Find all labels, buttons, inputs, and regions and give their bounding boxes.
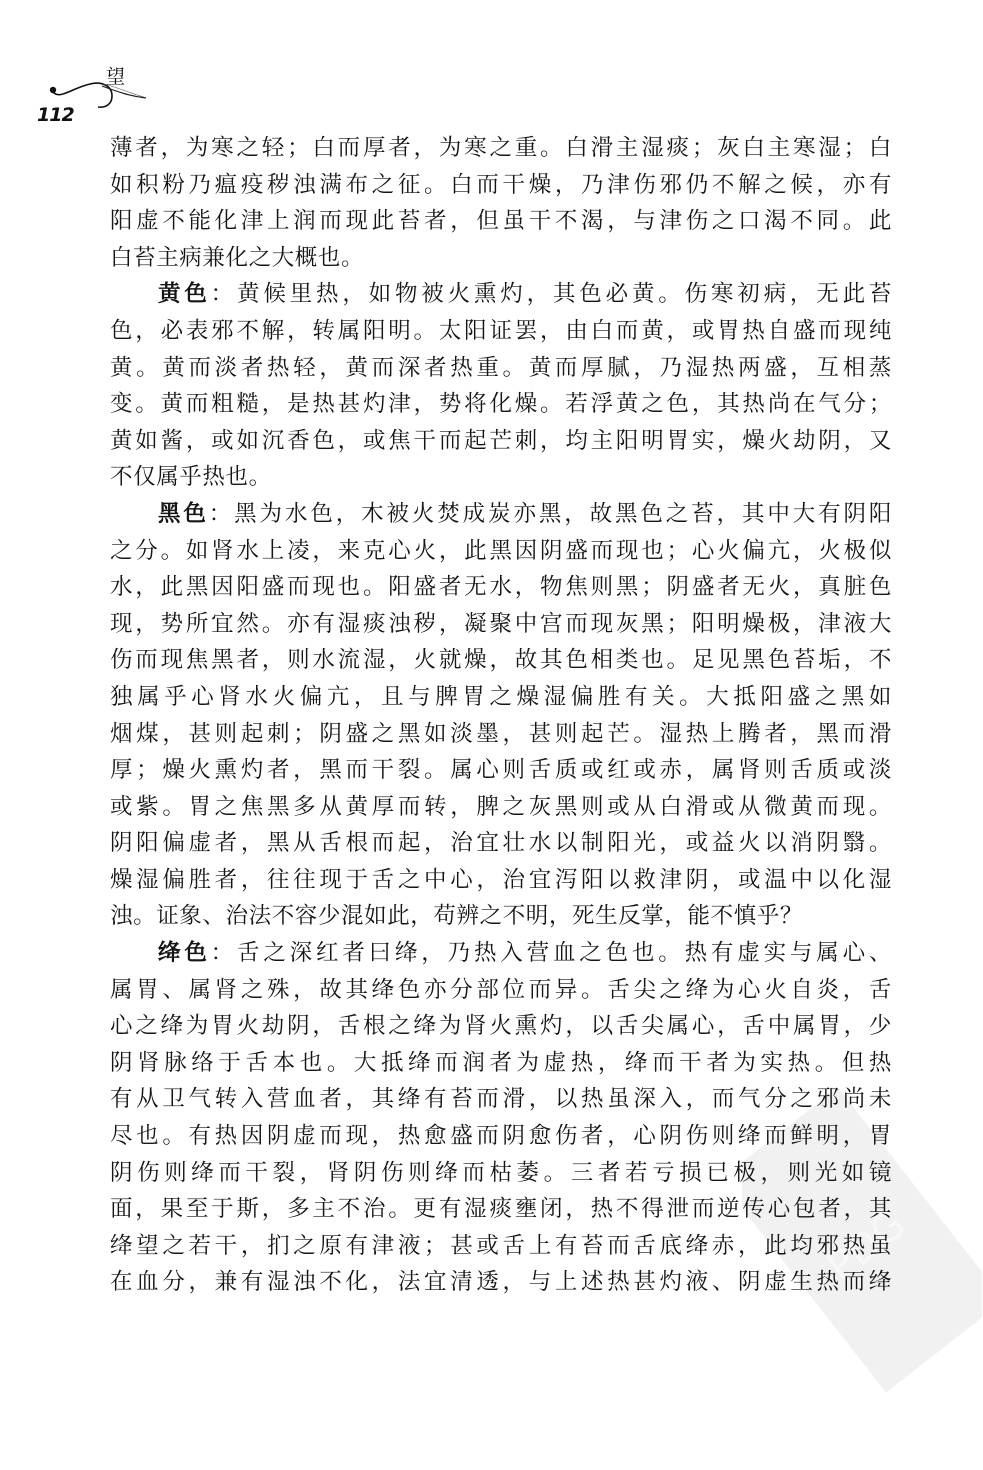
text-line: 黄如酱，或如沉香色，或焦干而起芒刺，均主阳明胃实，燥火劫阴，又: [110, 423, 892, 460]
paragraph-white-coating: 薄者，为寒之轻；白而厚者，为寒之重。白滑主湿痰；灰白主寒湿；白 如积粉乃瘟疫秽浊…: [110, 130, 892, 276]
paragraph-crimson-tongue: 绛色：舌之深红者曰绛，乃热入营血之色也。热有虚实与属心、 属胃、属肾之殊，故其绛…: [110, 935, 892, 1301]
text-line-content: ：黄候里热，如物被火熏灼，其色必黄。伤寒初病，无此苔: [211, 281, 892, 307]
text-line-content: ：舌之深红者曰绛，乃热入营血之色也。热有虚实与属心、: [211, 940, 892, 966]
text-line: 在血分，兼有湿浊不化，法宜清透，与上述热甚灼液、阴虚生热而绛: [110, 1264, 892, 1301]
paragraph-black-coating: 黑色：黑为水色，木被火焚成炭亦黑，故黑色之苔，其中大有阴阳 之分。如肾水上凌，来…: [110, 496, 892, 935]
text-line: 独属乎心肾水火偏亢，且与脾胃之燥湿偏胜有关。大抵阳盛之黑如: [110, 679, 892, 716]
page-header: 望 112: [0, 0, 983, 135]
text-line: 如积粉乃瘟疫秽浊满布之征。白而干燥，乃津伤邪仍不解之候，亦有: [110, 167, 892, 204]
text-line: 现，势所宜然。亦有湿痰浊秽，凝聚中宫而现灰黑；阳明燥极，津液大: [110, 606, 892, 643]
page-number: 112: [37, 104, 74, 126]
text-line: 绛色：舌之深红者曰绛，乃热入营血之色也。热有虚实与属心、: [110, 935, 892, 972]
text-line: 绛望之若干，扪之原有津液；甚或舌上有苔而舌底绛赤，此均邪热虽: [110, 1228, 892, 1265]
text-line: 阴阳偏虚者，黑从舌根而起，治宜壮水以制阳光，或益火以消阴翳。: [110, 825, 892, 862]
text-line: 尽也。有热因阴虚而现，热愈盛而阴愈伤者，心阴伤则绛而鲜明，胃: [110, 1118, 892, 1155]
text-line: 黑色：黑为水色，木被火焚成炭亦黑，故黑色之苔，其中大有阴阳: [110, 496, 892, 533]
text-line: 烟煤，甚则起刺；阴盛之黑如淡墨，甚则起芒。湿热上腾者，黑而滑: [110, 716, 892, 753]
paragraph-yellow-coating: 黄色：黄候里热，如物被火熏灼，其色必黄。伤寒初病，无此苔 色，必表邪不解，转属阳…: [110, 276, 892, 496]
text-line: 面，果至于斯，多主不治。更有湿痰壅闭，热不得泄而逆传心包者，其: [110, 1191, 892, 1228]
body-text: 薄者，为寒之轻；白而厚者，为寒之重。白滑主湿痰；灰白主寒湿；白 如积粉乃瘟疫秽浊…: [110, 130, 892, 1301]
section-title: 望: [106, 62, 125, 89]
text-line: 阳虚不能化津上润而现此苔者，但虽干不渴，与津伤之口渴不同。此: [110, 203, 892, 240]
text-line: 或紫。胃之焦黑多从黄厚而转，脾之灰黑则或从白滑或从微黄而现。: [110, 789, 892, 826]
text-line: 浊。证象、治法不容少混如此，苟辨之不明，死生反掌，能不慎乎？: [110, 898, 892, 935]
text-line: 伤而现焦黑者，则水流湿，火就燥，故其色相类也。足见黑色苔垢，不: [110, 642, 892, 679]
paragraph-heading: 黄色: [158, 281, 211, 307]
text-line: 厚；燥火熏灼者，黑而干裂。属心则舌质或红或赤，属肾则舌质或淡: [110, 752, 892, 789]
text-line: 色，必表邪不解，转属阳明。太阳证罢，由白而黄，或胃热自盛而现纯: [110, 313, 892, 350]
text-line: 属胃、属肾之殊，故其绛色亦分部位而异。舌尖之绛为心火自炎，舌: [110, 972, 892, 1009]
text-line: 有从卫气转入营血者，其绛有苔而滑，以热虽深入，而气分之邪尚未: [110, 1081, 892, 1118]
text-line: 阴肾脉络于舌本也。大抵绛而润者为虚热，绛而干者为实热。但热: [110, 1045, 892, 1082]
text-line: 黄色：黄候里热，如物被火熏灼，其色必黄。伤寒初病，无此苔: [110, 276, 892, 313]
text-line: 水，此黑因阳盛而现也。阳盛者无水，物焦则黑；阴盛者无火，真脏色: [110, 569, 892, 606]
text-line: 薄者，为寒之轻；白而厚者，为寒之重。白滑主湿痰；灰白主寒湿；白: [110, 130, 892, 167]
text-line: 不仅属乎热也。: [110, 459, 892, 496]
paragraph-heading: 黑色: [158, 501, 209, 527]
text-line: 心之绛为胃火劫阴，舌根之绛为肾火熏灼，以舌尖属心，舌中属胃，少: [110, 1008, 892, 1045]
text-line: 黄。黄而淡者热轻，黄而深者热重。黄而厚腻，乃湿热两盛，互相蒸: [110, 350, 892, 387]
text-line: 变。黄而粗糙，是热甚灼津，势将化燥。若浮黄之色，其热尚在气分；: [110, 386, 892, 423]
text-line: 白苔主病兼化之大概也。: [110, 240, 892, 277]
text-line: 燥湿偏胜者，往往现于舌之中心，治宜泻阳以救津阴，或温中以化湿: [110, 862, 892, 899]
text-line: 阴伤则绛而干裂，肾阴伤则绛而枯萎。三者若亏损已极，则光如镜: [110, 1155, 892, 1192]
text-line: 之分。如肾水上凌，来克心火，此黑因阴盛而现也；心火偏亢，火极似: [110, 533, 892, 570]
paragraph-heading: 绛色: [158, 940, 211, 966]
text-line-content: ：黑为水色，木被火焚成炭亦黑，故黑色之苔，其中大有阴阳: [209, 501, 892, 527]
